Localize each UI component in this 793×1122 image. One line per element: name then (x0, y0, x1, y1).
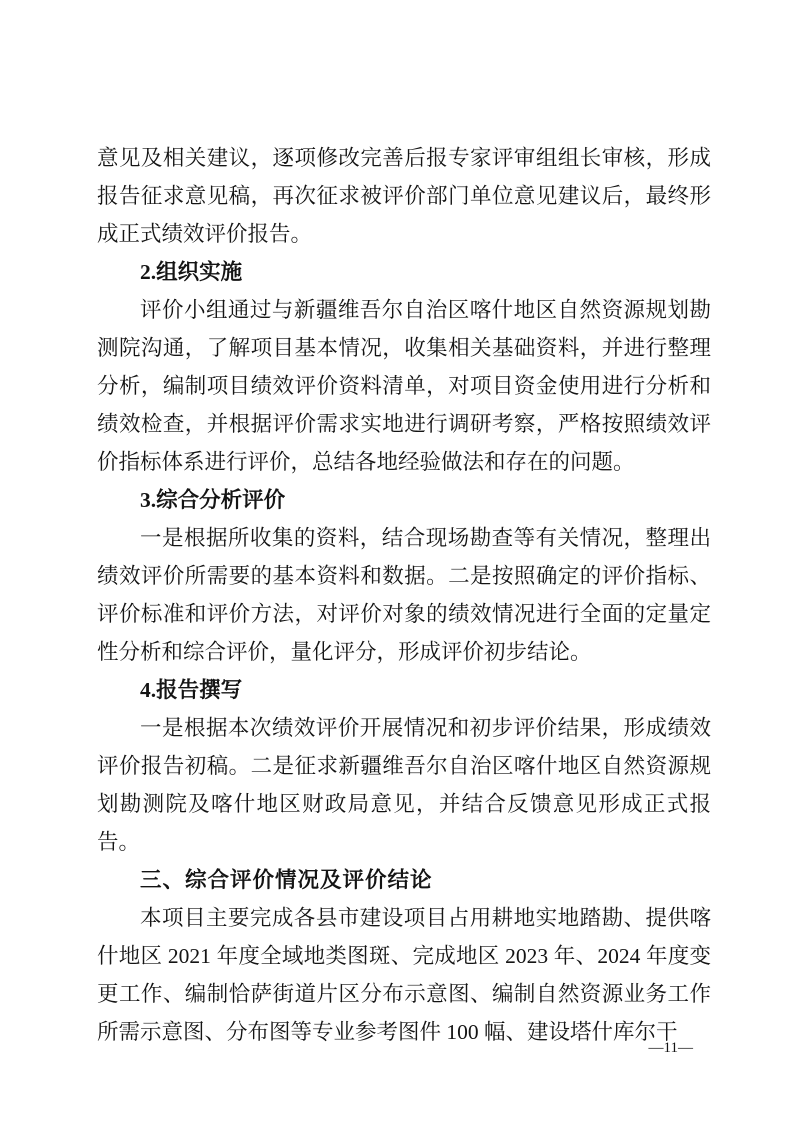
document-body: 意见及相关建议，逐项修改完善后报专家评审组组长审核，形成报告征求意见稿，再次征求… (97, 139, 711, 1051)
paragraph-report-finalization: 意见及相关建议，逐项修改完善后报专家评审组组长审核，形成报告征求意见稿，再次征求… (97, 139, 711, 253)
heading-report-writing: 4.报告撰写 (97, 671, 711, 709)
page-number: —11— (649, 1038, 693, 1058)
heading-comprehensive-analysis: 3.综合分析评价 (97, 481, 711, 519)
heading-evaluation-conclusion: 三、综合评价情况及评价结论 (97, 861, 711, 899)
paragraph-comprehensive-analysis: 一是根据所收集的资料，结合现场勘查等有关情况，整理出绩效评价所需要的基本资料和数… (97, 519, 711, 671)
paragraph-project-achievements: 本项目主要完成各县市建设项目占用耕地实地踏勘、提供喀什地区 2021 年度全域地… (97, 899, 711, 1051)
heading-organization-implementation: 2.组织实施 (97, 253, 711, 291)
paragraph-report-writing: 一是根据本次绩效评价开展情况和初步评价结果，形成绩效评价报告初稿。二是征求新疆维… (97, 709, 711, 861)
paragraph-organization-implementation: 评价小组通过与新疆维吾尔自治区喀什地区自然资源规划勘测院沟通，了解项目基本情况，… (97, 291, 711, 481)
